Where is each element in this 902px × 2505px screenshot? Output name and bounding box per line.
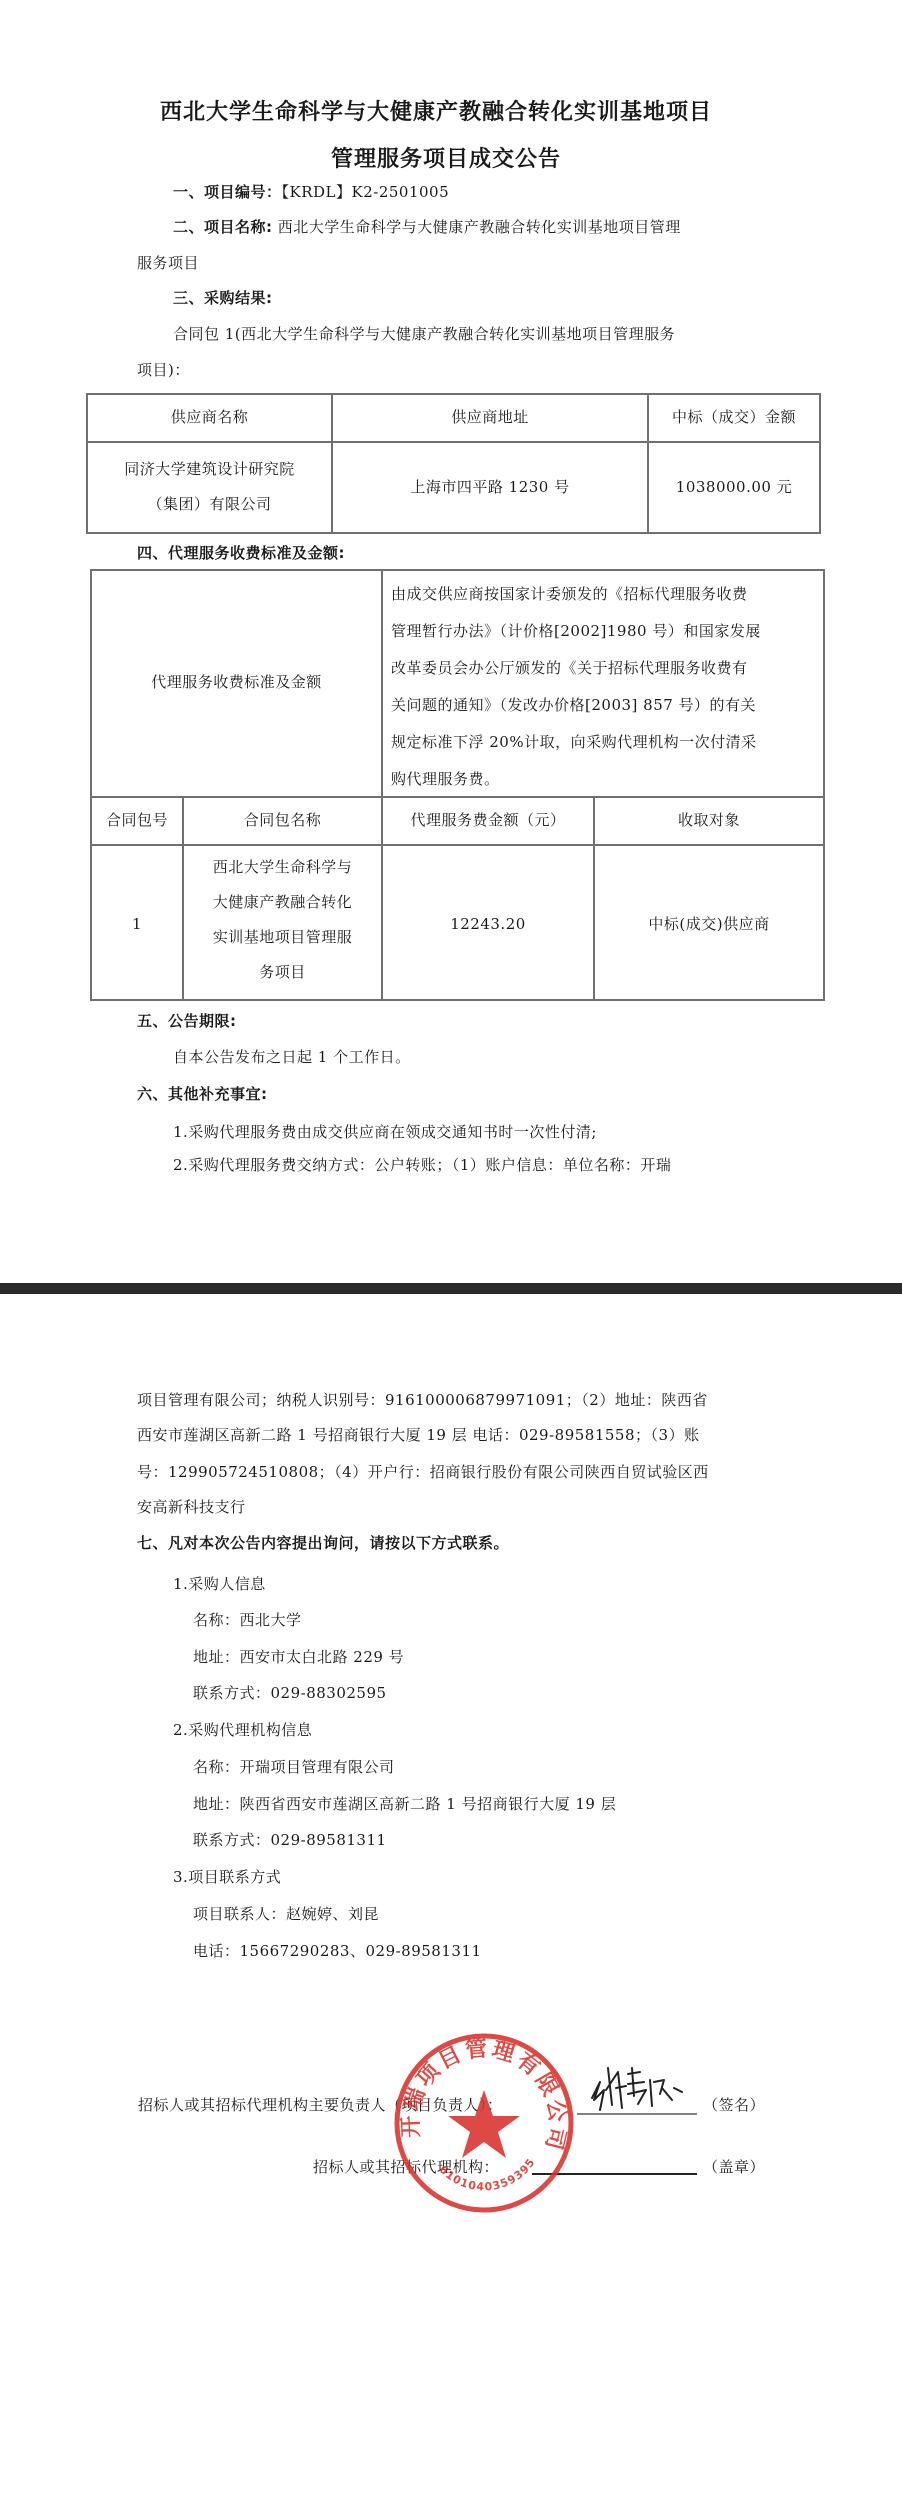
agency-name: 名称：开瑞项目管理有限公司 xyxy=(193,1757,395,1777)
fee-text-line: 规定标准下浮 20%计取，向采购代理机构一次付清采 xyxy=(391,724,819,761)
purchaser-contact: 联系方式：029-88302595 xyxy=(193,1683,387,1703)
company-seal-icon: 开瑞项目管理有限公司 6101040359395 xyxy=(393,2032,575,2214)
package-desc-cont: 项目)： xyxy=(137,360,190,380)
header-amount: 中标（成交）金额 xyxy=(649,400,819,435)
project-contact-phone: 电话：15667290283、029-89581311 xyxy=(193,1941,482,1961)
package-name-line: 务项目 xyxy=(184,955,381,990)
fee-standard-label: 代理服务收费标准及金额 xyxy=(92,665,381,700)
svg-text:6101040359395: 6101040359395 xyxy=(437,2156,538,2194)
supplier-name-line: 同济大学建筑设计研究院 xyxy=(88,452,331,487)
agency-contact: 联系方式：029-89581311 xyxy=(193,1830,387,1850)
section-4-heading: 四、代理服务收费标准及金额: xyxy=(137,543,345,563)
header-supplier-name: 供应商名称 xyxy=(88,400,331,435)
supplement-item-2-cont: 号：129905724510808；（4）开户行：招商银行股份有限公司陕西自贸试… xyxy=(137,1462,709,1482)
header-package-no: 合同包号 xyxy=(92,803,182,838)
fee-text-line: 改革委员会办公厅颁发的《关于招标代理服务收费有 xyxy=(391,650,819,687)
fee-payer: 中标(成交)供应商 xyxy=(595,907,823,942)
header-package-name: 合同包名称 xyxy=(184,803,381,838)
supplement-item-2-cont: 项目管理有限公司；纳税人识别号：91610000687997109​1；（2）地… xyxy=(137,1390,708,1410)
table-border xyxy=(90,569,825,571)
header-payer: 收取对象 xyxy=(595,803,823,838)
supplier-name-line: （集团）有限公司 xyxy=(88,487,331,522)
fee-text-line: 管理暂行办法》（计价格[2002]1980 号）和国家发展 xyxy=(391,613,819,650)
package-name: 西北大学生命科学与 大健康产教融合转化 实训基地项目管理服 务项目 xyxy=(184,850,381,990)
package-name-line: 西北大学生命科学与 xyxy=(184,850,381,885)
table-border xyxy=(819,393,821,534)
table-border xyxy=(90,999,825,1001)
package-name-line: 实训基地项目管理服 xyxy=(184,920,381,955)
table-border xyxy=(823,569,825,1001)
title-line-1: 西北大学生命科学与大健康产教融合转化实训基地项目 xyxy=(160,95,712,126)
project-name-cont: 服务项目 xyxy=(137,253,199,273)
page-separator xyxy=(0,1283,902,1294)
table-border xyxy=(86,441,821,443)
fee-text-line: 关问题的通知》（发改办价格[2003] 857 号）的有关 xyxy=(391,687,819,724)
section-3-heading: 三、采购结果: xyxy=(173,288,273,308)
title-line-2: 管理服务项目成交公告 xyxy=(331,142,561,173)
package-no: 1 xyxy=(92,907,182,942)
fee-standard-text: 由成交供应商按国家计委颁发的《招标代理服务收费 管理暂行办法》（计价格[2002… xyxy=(391,576,819,798)
agency-fee-amount: 12243.20 xyxy=(383,907,593,942)
supplement-item-1: 1.采购代理服务费由成交供应商在领成交通知书时一次性付清; xyxy=(173,1122,597,1142)
header-supplier-address: 供应商地址 xyxy=(333,400,647,435)
section-5-heading: 五、公告期限: xyxy=(137,1011,237,1031)
table-border xyxy=(90,844,825,846)
project-name-label: 二、项目名称: xyxy=(173,218,273,236)
project-number: 一、项目编号：【KRDL】K2-2501005 xyxy=(173,182,449,202)
table-border xyxy=(86,393,821,395)
table-border xyxy=(86,532,821,534)
stamp-number-text: 6101040359395 xyxy=(437,2156,538,2194)
project-number-label: 一、项目编号： xyxy=(173,183,282,201)
agency-address: 地址：陕西省西安市莲湖区高新二路 1 号招商银行大厦 19 层 xyxy=(193,1794,616,1814)
purchaser-address: 地址：西安市太白北路 229 号 xyxy=(193,1647,404,1667)
notice-period: 自本公告发布之日起 1 个工作日。 xyxy=(173,1047,411,1067)
supplier-name: 同济大学建筑设计研究院 （集团）有限公司 xyxy=(88,452,331,522)
agency-info-title: 2.采购代理机构信息 xyxy=(173,1720,312,1740)
purchaser-info-title: 1.采购人信息 xyxy=(173,1574,266,1594)
fee-text-line: 由成交供应商按国家计委颁发的《招标代理服务收费 xyxy=(391,576,819,613)
header-agency-fee: 代理服务费金额（元） xyxy=(383,803,593,838)
project-name: 二、项目名称: 西北大学生命科学与大健康产教融合转化实训基地项目管理 xyxy=(173,217,681,237)
supplement-item-2-cont: 安高新科技支行 xyxy=(137,1497,246,1517)
handwritten-signature-icon xyxy=(588,2060,688,2120)
section-7-heading: 七、凡对本次公告内容提出询问，请按以下方式联系。 xyxy=(137,1533,509,1553)
package-name-line: 大健康产教融合转化 xyxy=(184,885,381,920)
project-name-value: 西北大学生命科学与大健康产教融合转化实训基地项目管理 xyxy=(278,218,681,236)
package-desc: 合同包 1(西北大学生命科学与大健康产教融合转化实训基地项目管理服务 xyxy=(173,324,675,344)
purchaser-name: 名称：西北大学 xyxy=(193,1610,302,1630)
supplement-item-2-cont: 西安市莲湖区高新二路 1 号招商银行大厦 19 层 电话：029-8958155… xyxy=(137,1425,700,1445)
supplement-item-2: 2.采购代理服务费交纳方式：公户转账；（1）账户信息：单位名称：开瑞 xyxy=(173,1155,671,1175)
fee-text-line: 购代理服务费。 xyxy=(391,761,819,798)
seal-suffix: （盖章） xyxy=(703,2157,765,2177)
signature-suffix: （签名） xyxy=(703,2095,765,2115)
supplier-address: 上海市四平路 1230 号 xyxy=(333,470,647,505)
project-contact-person: 项目联系人：赵婉婷、刘昆 xyxy=(193,1904,379,1924)
section-6-heading: 六、其他补充事宜: xyxy=(137,1084,268,1104)
project-contact-title: 3.项目联系方式 xyxy=(173,1867,281,1887)
award-amount: 1038000.00 元 xyxy=(649,470,819,505)
project-number-value: 【KRDL】K2-2501005 xyxy=(282,183,450,201)
